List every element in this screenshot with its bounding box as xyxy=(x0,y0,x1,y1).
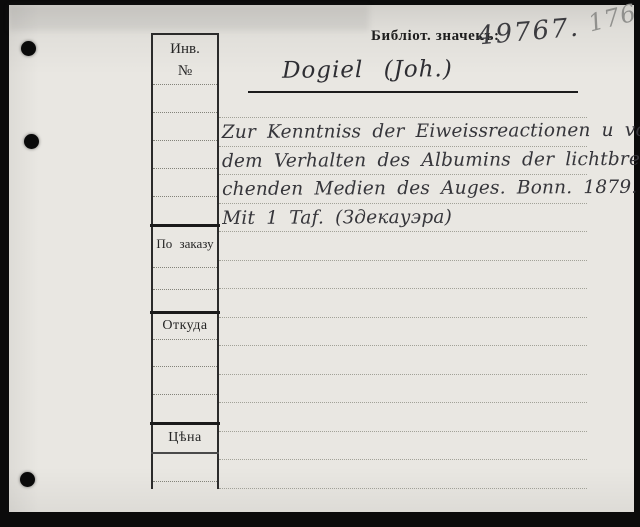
ruled-line xyxy=(219,431,587,432)
column-ruled-line xyxy=(153,267,217,268)
scanned-catalog-card: 176 Библіот. значекъ: 49767. Dogiel (Joh… xyxy=(0,0,640,527)
price-label: Цѣна xyxy=(152,430,218,446)
column-ruled-line xyxy=(153,394,217,395)
punch-hole xyxy=(21,41,36,56)
ruled-line xyxy=(219,459,587,460)
ruled-line xyxy=(219,317,587,318)
column-ruled-line xyxy=(153,140,217,141)
punch-hole xyxy=(20,472,35,487)
bibliographic-entry: Zur Kenntniss der Eiweissreactionen u vo… xyxy=(222,117,603,233)
ruled-line xyxy=(219,345,587,346)
punch-hole xyxy=(24,134,39,149)
column-section-divider xyxy=(150,224,220,227)
column-price-underline xyxy=(151,452,219,454)
column-ruled-line xyxy=(153,481,217,482)
entry-line: dem Verhalten des Albumins der lichtbre- xyxy=(222,146,602,176)
column-right-border xyxy=(217,33,219,489)
inventory-label-line2: № xyxy=(152,61,218,83)
ruled-line xyxy=(219,288,587,289)
column-ruled-line xyxy=(153,366,217,367)
inventory-number-label: Инв. № xyxy=(152,39,218,83)
column-ruled-line xyxy=(153,196,217,197)
ruled-line xyxy=(219,488,587,489)
column-ruled-line xyxy=(153,289,217,290)
inventory-label-line1: Инв. xyxy=(152,39,218,61)
author-underline xyxy=(248,91,578,93)
column-section-divider xyxy=(150,311,220,314)
column-ruled-line xyxy=(153,168,217,169)
ruled-line xyxy=(219,260,587,261)
order-label: По заказу xyxy=(152,236,218,252)
origin-label: Откуда xyxy=(152,318,218,334)
ruled-line xyxy=(219,402,587,403)
column-section-divider xyxy=(150,422,220,425)
column-ruled-line xyxy=(153,112,217,113)
entry-line: Zur Kenntniss der Eiweissreactionen u vo… xyxy=(222,117,602,147)
column-ruled-line xyxy=(153,84,217,85)
column-left-border xyxy=(151,33,153,489)
entry-line: chenden Medien des Auges. Bonn. 1879. 8°… xyxy=(222,174,602,204)
entry-line: Mit 1 Taf. (Здекауэра) xyxy=(222,203,602,233)
author-heading: Dogiel (Joh.) xyxy=(282,56,453,83)
ruled-line xyxy=(219,374,587,375)
column-ruled-line xyxy=(153,339,217,340)
column-top-border xyxy=(151,33,219,35)
